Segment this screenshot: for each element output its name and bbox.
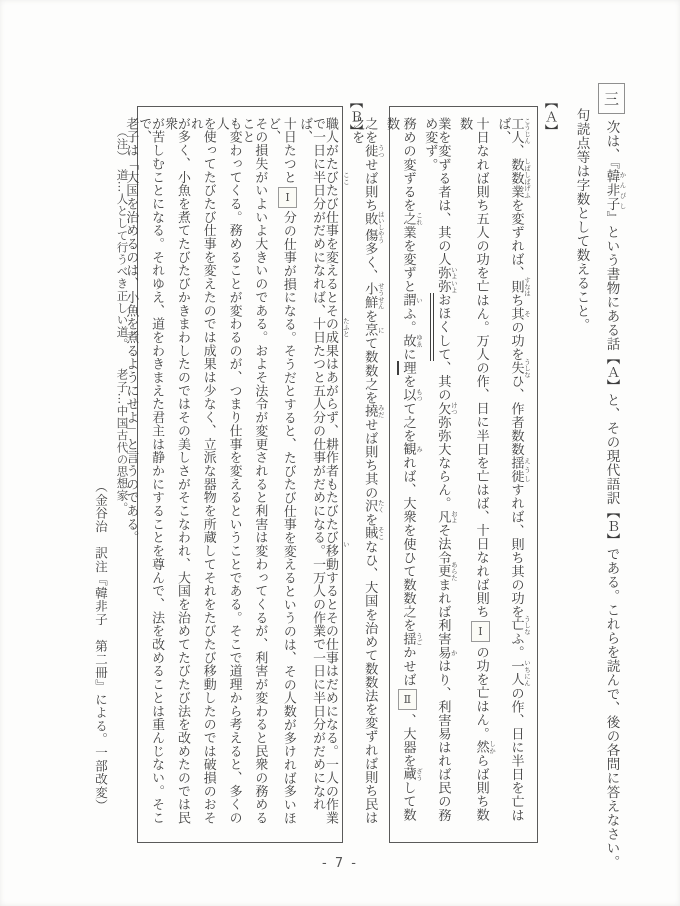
text-column-6: を使ってたびたび仕事を変えたのでは成果は少なく、立派な器物を所蔵してそれをたびた… xyxy=(188,117,214,832)
text-column-7: が多く、小魚を煮てたびたびかきまわしたのではその美しさがそこなわれ、大国を治めて… xyxy=(162,117,188,832)
text-run: 多く、 xyxy=(362,242,377,283)
text-run: 務めの変ずるを xyxy=(400,117,415,212)
text-run: 』という書物にある話【Ａ】と、その現代語訳【Ｂ】である。これらを読んで、後の各問… xyxy=(604,211,620,869)
instruction-line-2: 句読点等は字数として数えること。 xyxy=(574,108,588,408)
blank-box-Ⅱ: Ⅱ xyxy=(398,689,417,710)
text-column-5: も変わってくる。務めることが変わるのが、つまり仕事を変えるということである。そこ… xyxy=(214,117,240,832)
section-marker-box: 三 xyxy=(598,83,625,114)
text-run: 、大器を xyxy=(400,713,415,767)
text-run: 之を xyxy=(362,117,377,144)
box-a-text: 工人こうじん、数数しばしば業げふを変ずれば、則すなはち其その功を失うしなひ、作者… xyxy=(389,106,538,843)
text-run: に xyxy=(400,347,415,361)
text-run: が多く、小魚を煮てたびたびかきまわしたのではその美しさがそこなわれ、大国を治めて… xyxy=(162,117,190,825)
box-b-text: 職人がたびたび仕事を変えるとその成果はあがらず、耕作者もたびたび移動するとその仕… xyxy=(137,106,343,843)
text-run: 易か xyxy=(435,646,450,660)
text-run: 弥弥いよいよ xyxy=(435,266,450,293)
text-run: すれば、則ち其の功を xyxy=(509,483,524,619)
text-column-5: 之を徙うつせば則ち敗傷はいしやう多く、小鮮せうせんを烹にて数数之を撓みだせば則ち… xyxy=(350,117,385,832)
page-number: - 7 - xyxy=(0,856,680,871)
text-run: 則すなは xyxy=(509,280,524,294)
text-column-8: が苦しむことになる。それゆえ、道をわきまえた君主は静かにすることを尊んで、法を改… xyxy=(136,117,162,832)
text-run: 、 xyxy=(509,144,524,158)
section-marker: 三 xyxy=(604,88,619,109)
instruction-line-1: 次は、『韓非子かんぴし』という書物にある話【Ａ】と、その現代語訳【Ｂ】である。こ… xyxy=(604,120,627,898)
text-run: 之これ xyxy=(400,212,415,226)
text-run: 次は、『 xyxy=(604,120,620,169)
text-run: を xyxy=(362,513,377,527)
text-column-2: で一日に半日分がだめになれば、十日たつと五人分の仕事がだめになる。一万人の作業で… xyxy=(297,117,323,832)
text-run: かせば xyxy=(400,646,415,687)
sideline-single-text: 理 xyxy=(397,361,415,375)
text-run: 烹に xyxy=(362,323,377,337)
text-column-1: 職人がたびたび仕事を変えるとその成果はあがらず、耕作者もたびたび移動するとその仕… xyxy=(323,117,336,832)
text-run: て数数之を xyxy=(362,337,377,405)
box-a-label: 【Ａ】 xyxy=(542,95,556,139)
text-column-2: 十日なれば則ち五人の功を亡はん。万人の作、日に半日を亡はば、十日なれば則ちⅠの功… xyxy=(458,117,496,832)
text-run: を使ってたびたび仕事を変えたのでは成果は少なく、立派な器物を所蔵してそれをたびた… xyxy=(188,117,216,825)
text-run: を xyxy=(362,309,377,323)
text-run: 業を変ずる者は、其の人 xyxy=(435,117,450,266)
text-run: 故ゆゑ xyxy=(400,334,415,348)
text-run: 数数しばしば xyxy=(509,158,524,185)
text-run: 更あらた xyxy=(435,564,450,578)
text-run: の功を xyxy=(509,320,524,361)
text-run: 業を変ずと xyxy=(400,225,415,293)
text-run: て之を xyxy=(400,402,415,443)
text-run: 敗傷はいしやう xyxy=(362,212,377,242)
text-run: ひ、作者数数 xyxy=(509,375,524,456)
text-column-3: 十日たつとⅠ分の仕事が損になる。そうだとすると、たびたび仕事を変えるというのは、… xyxy=(265,117,297,832)
text-run: 分の仕事が損になる。そうだとすると、たびたび仕事を変えるというのは、その人数が多… xyxy=(265,117,296,825)
text-run: ち xyxy=(509,293,524,307)
text-run: も変わってくる。務めることが変わるのが、つまり仕事を変えるということである。そこ… xyxy=(214,117,242,825)
text-column-3: 業を変ずる者は、其の人弥弥いよいよおほくして、其の欠けつ弥弥大ならん。凡およそ法… xyxy=(423,117,458,832)
text-run: 小鮮せうせん xyxy=(362,282,377,309)
text-run: その損失がいよいよ大きいのである。およそ法令が変更されると利害は変わってくるが、… xyxy=(239,117,267,825)
text-run: 撓みだ xyxy=(362,404,377,418)
text-run: 蔵ざう xyxy=(400,767,415,781)
text-run: 揺うご xyxy=(400,632,415,646)
text-run: で一日に半日分がだめになれば、十日たつと五人分の仕事がだめになる。一万人の作業で… xyxy=(297,117,325,811)
text-run: ふ。 xyxy=(400,307,415,334)
text-run: の功を亡はん。 xyxy=(474,645,489,740)
text-run: 謂い xyxy=(400,293,415,307)
blank-box-Ⅰ: Ⅰ xyxy=(471,621,490,642)
notes-column: （注） 道…人として行うべき正しい道。 老子…中国古代の思想家。 xyxy=(116,126,128,546)
text-run: 賊そこ xyxy=(362,526,377,540)
text-run: 十日たつと xyxy=(281,117,296,184)
text-run: が苦しむことになる。それゆえ、道をわきまえた君主は静かにすることを尊んで、法を改… xyxy=(136,117,164,825)
text-run: を変ずれば、 xyxy=(509,198,524,279)
attribution-column: （金谷治 訳注『韓非子 第二冊』による。一部改変） xyxy=(94,480,107,850)
text-run: れば、大衆を使ひて数数之を xyxy=(400,456,415,632)
text-run: を xyxy=(400,375,415,389)
text-run: せば則ち xyxy=(362,158,377,212)
text-run: 徙うつ xyxy=(362,144,377,158)
text-run: 業げふ xyxy=(509,185,524,199)
text-run: 以もつ xyxy=(400,388,415,402)
box-b-label: 【Ｂ】 xyxy=(347,95,361,139)
text-run: 然しか xyxy=(474,740,489,754)
text-run: 観み xyxy=(400,442,415,456)
text-run: 其そ xyxy=(509,307,524,321)
text-run: 亡うしな xyxy=(509,618,524,632)
text-run: 十日なれば則ち五人の功を亡はん。万人の作、日に半日を亡はば、十日なれば則ち xyxy=(474,117,489,618)
text-run: 弥弥大ならん。 xyxy=(435,415,450,510)
text-run: ふ。 xyxy=(509,632,524,659)
text-column-4: 務めの変ずるを之これ業を変ずと謂いふ。故ゆゑに理を以もつて之を観みれば、大衆を使… xyxy=(385,117,423,832)
exam-page: 三 次は、『韓非子かんぴし』という書物にある話【Ａ】と、その現代語訳【Ｂ】である… xyxy=(0,0,680,906)
text-run: 韓非子かんぴし xyxy=(604,169,620,211)
text-run: 職人がたびたび仕事を変えるとその成果はあがらず、耕作者もたびたび移動するとその仕… xyxy=(323,117,338,825)
blank-box-Ⅰ: Ⅰ xyxy=(278,187,297,208)
text-run: 一人いちにん xyxy=(509,659,524,686)
text-run: 、其の xyxy=(435,361,450,402)
sideline-double-text: おほくして xyxy=(430,293,450,361)
text-run: 欠けつ xyxy=(435,402,450,416)
text-run: 凡およ xyxy=(435,510,450,524)
text-run: 失うしな xyxy=(509,361,524,375)
text-column-1: 工人こうじん、数数しばしば業げふを変ずれば、則すなはち其その功を失うしなひ、作者… xyxy=(496,117,531,832)
text-run: まれば利害 xyxy=(435,578,450,646)
text-run: せば則ち其の xyxy=(362,418,377,499)
text-run: 沢たく xyxy=(362,499,377,513)
text-column-4: その損失がいよいよ大きいのである。およそ法令が変更されると利害は変わってくるが、… xyxy=(240,117,266,832)
text-run: 揺徙えうし xyxy=(509,456,524,483)
text-run: そ法令 xyxy=(435,524,450,565)
text-run: 工人こうじん xyxy=(509,117,524,144)
